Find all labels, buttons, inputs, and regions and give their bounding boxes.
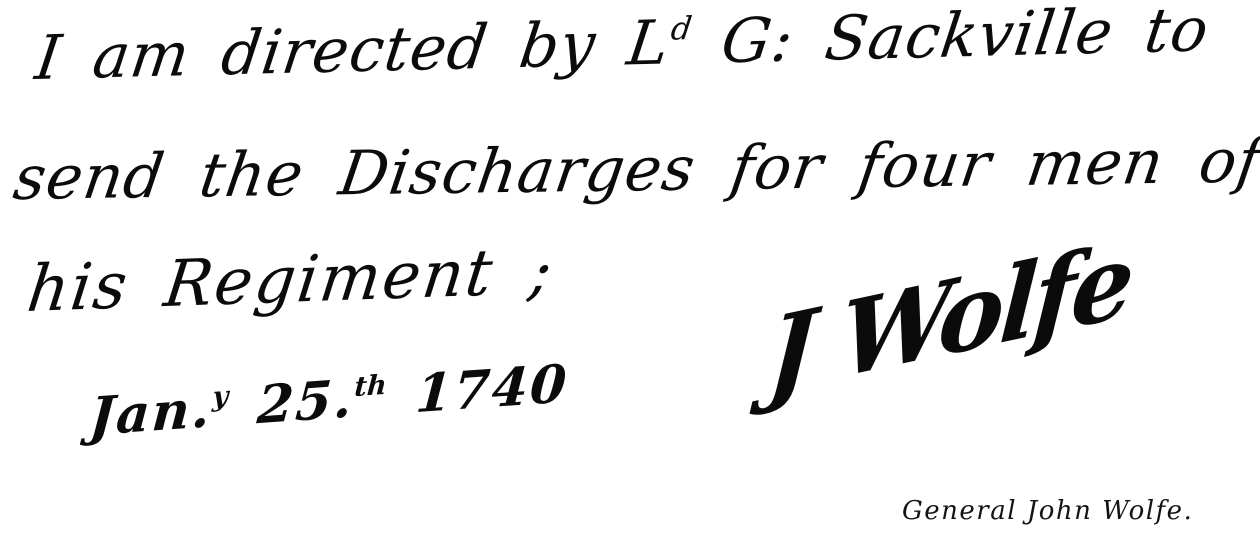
signature-j-wolfe: J Wolfe — [765, 227, 1134, 408]
manuscript-scan: I am directed by Ld G: Sackville to send… — [0, 0, 1260, 545]
date-day: 25. — [225, 368, 356, 438]
letter-line-2: send the Discharges for four men of — [10, 130, 1260, 209]
date-month: Jan. — [88, 378, 214, 448]
date-day-superscript: th — [353, 370, 387, 403]
letter-line-1-text: I am directed by L — [31, 7, 674, 94]
date-line: Jan.y 25.th 1740 — [88, 358, 570, 444]
letter-line-1: I am directed by Ld G: Sackville to — [32, 0, 1213, 89]
letter-line-1-continuation: G: Sackville to — [685, 0, 1213, 78]
date-year: 1740 — [384, 353, 571, 427]
letter-line-3: his Regiment ; — [24, 239, 557, 322]
printed-caption: General John Wolfe. — [902, 496, 1193, 526]
